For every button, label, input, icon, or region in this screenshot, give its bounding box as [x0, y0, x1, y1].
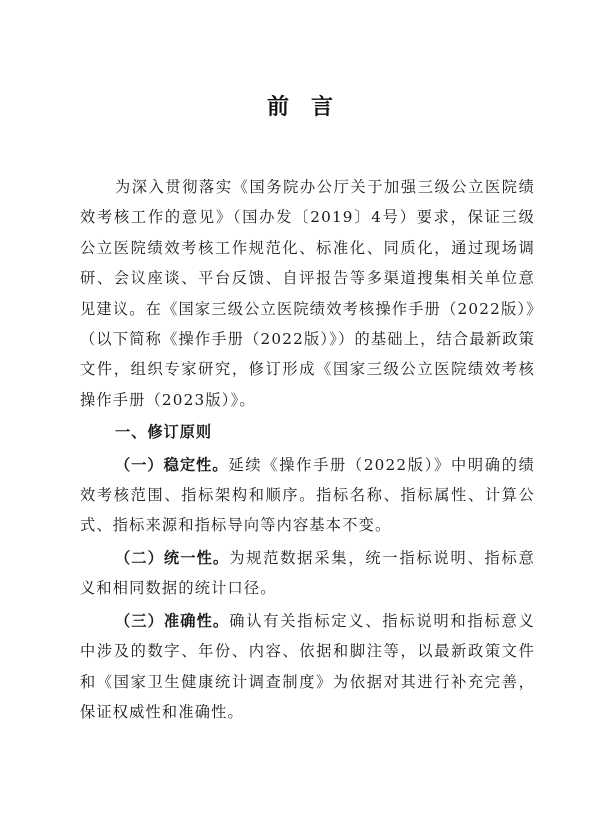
principle-lead: （三）准确性。	[115, 612, 229, 630]
principle-paragraph-uniformity: （二）统一性。为规范数据采集，统一指标说明、指标意义和相同数据的统计口径。	[80, 543, 535, 604]
principle-paragraph-stability: （一）稳定性。延续《操作手册（2022版）》中明确的绩效考核范围、指标架构和顺序…	[80, 450, 535, 541]
section-heading: 一、修订原则	[80, 417, 535, 447]
principle-paragraph-accuracy: （三）准确性。确认有关指标定义、指标说明和指标意义中涉及的数字、年份、内容、依据…	[80, 606, 535, 728]
document-body: 为深入贯彻落实《国务院办公厅关于加强三级公立医院绩效考核工作的意见》（国办发〔2…	[80, 172, 535, 727]
intro-paragraph: 为深入贯彻落实《国务院办公厅关于加强三级公立医院绩效考核工作的意见》（国办发〔2…	[80, 172, 535, 415]
document-page: 前言 为深入贯彻落实《国务院办公厅关于加强三级公立医院绩效考核工作的意见》（国办…	[0, 0, 600, 839]
page-title: 前言	[0, 90, 600, 121]
principle-lead: （二）统一性。	[115, 549, 229, 567]
principle-lead: （一）稳定性。	[115, 456, 229, 474]
